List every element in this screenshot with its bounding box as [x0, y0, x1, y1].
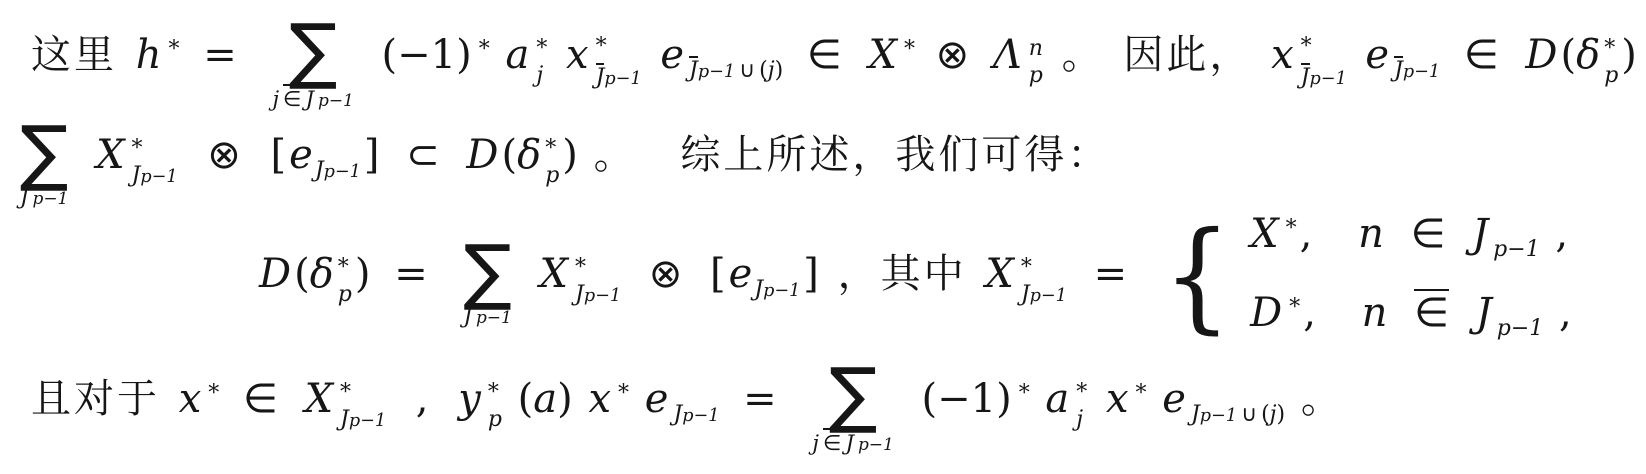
var-h: h — [136, 32, 162, 78]
sigma-icon: ∑ — [463, 242, 512, 301]
in-symbol: ∈ — [243, 376, 278, 422]
paren-open: ( — [518, 376, 534, 422]
var-delta: δ — [517, 132, 541, 178]
subset-symbol: ⊂ — [406, 132, 440, 178]
bracket-open: [ — [271, 132, 287, 178]
var-e: e — [645, 376, 669, 422]
sub-J-p-1: Jp−1 — [132, 165, 178, 187]
sub-p: p — [488, 409, 502, 431]
sup-star: * — [338, 257, 349, 279]
sup-sub-stack: *Jp−1 — [1301, 36, 1347, 89]
var-J: J — [340, 407, 349, 432]
summation: ∑ J p−1 — [461, 242, 513, 326]
sup-star: * — [904, 37, 915, 62]
sub-p-minus-1: p−1 — [682, 406, 719, 426]
sup-sub-stack: *p — [338, 257, 352, 306]
notin-symbol: ∈ — [1414, 289, 1449, 333]
sub-p-minus-1: p−1 — [1310, 69, 1347, 89]
paren-open: ( — [1560, 32, 1576, 78]
sub-J-bar-p-1: Jp−1 — [596, 63, 642, 89]
sup-sub-stack: *j — [1076, 382, 1087, 431]
bracket-open: [ — [710, 251, 726, 297]
sup-star: * — [536, 38, 547, 60]
var-a: a — [533, 376, 557, 422]
cjk-text: 且对于 — [31, 376, 160, 422]
in-symbol: ∈ — [1464, 32, 1499, 78]
var-J: J — [754, 277, 763, 302]
var-n: n — [1362, 290, 1388, 336]
cases-group: { X*, n ∈ Jp−1 , D*, n ∈ Jp−1 , — [1159, 214, 1575, 340]
sub-p-minus-1: p−1 — [476, 309, 512, 326]
sub-p-minus-1: p−1 — [698, 62, 735, 82]
equals-sign: = — [203, 32, 237, 78]
sup-sub-stack: np — [1029, 38, 1043, 87]
sup-sub-stack: *p — [545, 138, 559, 187]
var-X: X — [540, 251, 568, 297]
sup-sub-stack: *p — [488, 382, 502, 431]
cjk-text: ，其中 — [838, 251, 967, 297]
var-D: D — [466, 132, 498, 178]
bracket-close: ] — [803, 251, 819, 297]
otimes-icon: ⊗ — [649, 251, 683, 297]
sub-J-p-1: Jp−1 — [575, 284, 621, 306]
comma: , — [1559, 290, 1572, 336]
sup-star: * — [1301, 36, 1312, 58]
var-e: e — [729, 251, 753, 297]
sub-p-minus-1: p−1 — [858, 436, 894, 453]
sigma-icon: ∑ — [829, 365, 878, 424]
var-J: J — [673, 402, 682, 427]
var-y: y — [458, 376, 481, 422]
sigma-icon: ∑ — [20, 123, 69, 182]
sup-star: * — [596, 36, 607, 58]
sub-p-minus-1: p−1 — [349, 411, 386, 431]
equals-sign: = — [743, 376, 777, 422]
sub-p-minus-1: p−1 — [324, 162, 361, 182]
in-symbol: ∈ — [807, 32, 842, 78]
cjk-text: 因此， — [1123, 32, 1252, 78]
summation: ∑ j ∈ J p−1 — [270, 21, 355, 109]
equals-sign: = — [394, 251, 428, 297]
var-j: j — [812, 432, 819, 453]
sub-p: p — [1029, 65, 1043, 87]
var-x: x — [1271, 32, 1294, 78]
cjk-period: 。 — [1062, 32, 1105, 78]
sup-star: * — [1604, 38, 1615, 60]
paren-open: ( — [759, 58, 768, 83]
sub-p-minus-1: p−1 — [584, 286, 621, 306]
sup-star: * — [575, 257, 586, 279]
display-equation: D(δ*p) = ∑ J p−1 X*Jp−1 ⊗ [eJp−1] ，其中 X*… — [256, 214, 1575, 340]
sup-sub-stack: *Jp−1 — [596, 36, 642, 89]
comma: , — [1303, 290, 1316, 336]
var-x: x — [588, 376, 611, 422]
sigma-icon: ∑ — [289, 21, 338, 80]
union-icon: ∪ — [739, 58, 755, 83]
var-X: X — [1250, 211, 1278, 257]
sup-star: * — [132, 138, 143, 160]
notin-symbol: ∈ — [823, 428, 841, 453]
var-Lambda: Λ — [993, 32, 1022, 78]
var-J-bar: J — [305, 84, 314, 109]
var-n: n — [1358, 211, 1384, 257]
var-D: D — [259, 251, 291, 297]
paren-close: ) — [562, 132, 578, 178]
var-J-bar: J — [1301, 63, 1310, 89]
sup-star: * — [1019, 381, 1030, 406]
sup-star: * — [545, 138, 556, 160]
otimes-icon: ⊗ — [936, 32, 970, 78]
var-a: a — [505, 32, 529, 78]
var-J: J — [1021, 282, 1030, 307]
equals-sign: = — [1094, 251, 1128, 297]
var-J: J — [845, 432, 854, 453]
var-J: J — [575, 282, 584, 307]
subscript: Jp−1∪(j) — [689, 58, 783, 83]
text-line-4: 且对于 x* ∈ X*Jp−1 , y*p (a) x* eJp−1 = ∑ j… — [28, 358, 1347, 446]
sub-p-minus-1: p−1 — [1030, 286, 1067, 306]
var-D: D — [1250, 290, 1282, 336]
var-D: D — [1525, 32, 1557, 78]
var-x: x — [1106, 376, 1129, 422]
var-X: X — [985, 251, 1013, 297]
var-J: J — [1191, 402, 1200, 427]
cjk-text: 这里 — [31, 32, 117, 78]
cases-rows: X*, n ∈ Jp−1 , D*, n ∈ Jp−1 , — [1247, 214, 1575, 340]
sub-p-minus-1: p−1 — [33, 190, 69, 207]
var-delta: δ — [310, 251, 334, 297]
comma: , — [1555, 211, 1568, 257]
subscript: Jp−1 — [754, 277, 800, 302]
var-x: x — [179, 376, 202, 422]
paren-close: ) — [557, 376, 573, 422]
sub-p-minus-1: p−1 — [1200, 406, 1237, 426]
sup-star: * — [1136, 381, 1147, 406]
subscript: Jp−1 — [1394, 58, 1440, 83]
var-e: e — [1365, 32, 1389, 78]
paren-close: ) — [355, 251, 371, 297]
subscript: Jp−1∪(j) — [1191, 402, 1285, 427]
sub-p: p — [1604, 65, 1618, 87]
neg-one: (−1) — [382, 32, 472, 78]
sup-n: n — [1029, 38, 1043, 60]
bracket-close: ] — [364, 132, 380, 178]
sub-J-bar-p-1: Jp−1 — [1301, 63, 1347, 89]
var-J-bar: J — [689, 56, 698, 82]
union-icon: ∪ — [1241, 402, 1257, 427]
sub-p-minus-1: p−1 — [604, 69, 641, 89]
var-X: X — [96, 132, 124, 178]
sub-p-minus-1: p−1 — [140, 167, 177, 187]
neg-one: (−1) — [922, 376, 1012, 422]
text-line-1: 这里 h* = ∑ j ∈ J p−1 (−1)* a*j x*Jp−1 eJp… — [28, 14, 1646, 102]
var-J: J — [315, 158, 324, 183]
sup-star: * — [340, 382, 351, 404]
var-X: X — [868, 32, 896, 78]
var-J: J — [20, 186, 29, 207]
var-j: j — [272, 88, 279, 109]
sub-p-minus-1: p−1 — [1497, 316, 1544, 341]
var-e: e — [289, 132, 313, 178]
sup-star: * — [479, 37, 490, 62]
sup-star: * — [208, 381, 219, 406]
sub-p-minus-1: p−1 — [318, 92, 354, 109]
sup-sub-stack: *Jp−1 — [575, 257, 621, 306]
cjk-period: 。 — [594, 132, 637, 178]
sup-star: * — [618, 381, 629, 406]
var-X: X — [305, 376, 333, 422]
sub-J-p-1: Jp−1 — [340, 409, 386, 431]
subscript: p−1 — [1493, 237, 1540, 262]
paren-open: ( — [1261, 402, 1270, 427]
sup-star: * — [1076, 382, 1087, 404]
sub-p: p — [338, 284, 352, 306]
var-x: x — [566, 32, 589, 78]
subscript: Jp−1 — [673, 402, 719, 427]
comma: , — [416, 376, 429, 422]
sub-j: j — [1076, 409, 1083, 431]
sup-star: * — [488, 382, 499, 404]
var-J-bar: J — [1394, 56, 1403, 82]
sup-star: * — [1021, 257, 1032, 279]
sup-star: * — [168, 37, 179, 62]
var-e: e — [660, 32, 684, 78]
sup-star: * — [1289, 295, 1300, 320]
subscript: Jp−1 — [315, 158, 361, 183]
sup-sub-stack: *Jp−1 — [340, 382, 386, 431]
var-e: e — [1162, 376, 1186, 422]
sum-limit: j ∈ J p−1 — [270, 84, 355, 109]
sum-limit: j ∈ J p−1 — [810, 428, 895, 453]
text-line-2: ∑ J p−1 X*Jp−1 ⊗ [eJp−1] ⊂ D(δ*p) 。 综上所述… — [8, 116, 1113, 200]
otimes-icon: ⊗ — [207, 132, 241, 178]
var-delta: δ — [1576, 32, 1600, 78]
cjk-period: 。 — [1301, 376, 1344, 422]
var-j: j — [768, 58, 775, 83]
case-row-1: X*, n ∈ Jp−1 , — [1247, 214, 1575, 261]
summation: ∑ J p−1 — [18, 123, 70, 207]
comma: , — [1300, 211, 1313, 257]
sub-J-p-1: Jp−1 — [1021, 284, 1067, 306]
cases-brace: { — [1163, 220, 1232, 334]
sup-sub-stack: *p — [1604, 38, 1618, 87]
sub-p-minus-1: p−1 — [1403, 62, 1440, 82]
paren-open: ( — [294, 251, 310, 297]
paren-close: ) — [1277, 402, 1286, 427]
var-J: J — [1476, 290, 1492, 336]
sub-p-minus-1: p−1 — [763, 281, 800, 301]
sub-j: j — [536, 65, 543, 87]
cjk-text: 综上所述，我们可得： — [680, 132, 1110, 178]
var-a: a — [1045, 376, 1069, 422]
in-symbol: ∈ — [1411, 211, 1446, 257]
paren-open: ( — [501, 132, 517, 178]
sub-p: p — [545, 165, 559, 187]
sup-sub-stack: *j — [536, 38, 547, 87]
var-j: j — [1270, 402, 1277, 427]
sup-sub-stack: *Jp−1 — [1021, 257, 1067, 306]
sup-star: * — [1286, 216, 1297, 241]
paren-close: ) — [1621, 32, 1637, 78]
sum-limit: J p−1 — [18, 186, 70, 207]
case-row-2: D*, n ∈ Jp−1 , — [1247, 289, 1575, 340]
var-J: J — [1472, 211, 1488, 257]
summation: ∑ j ∈ J p−1 — [810, 365, 895, 453]
var-J: J — [463, 305, 472, 326]
sum-limit: J p−1 — [461, 305, 513, 326]
notin-symbol: ∈ — [283, 84, 301, 109]
sup-sub-stack: *Jp−1 — [132, 138, 178, 187]
subscript: p−1 — [1497, 316, 1544, 341]
sub-p-minus-1: p−1 — [1493, 237, 1540, 262]
paren-close: ) — [775, 58, 784, 83]
